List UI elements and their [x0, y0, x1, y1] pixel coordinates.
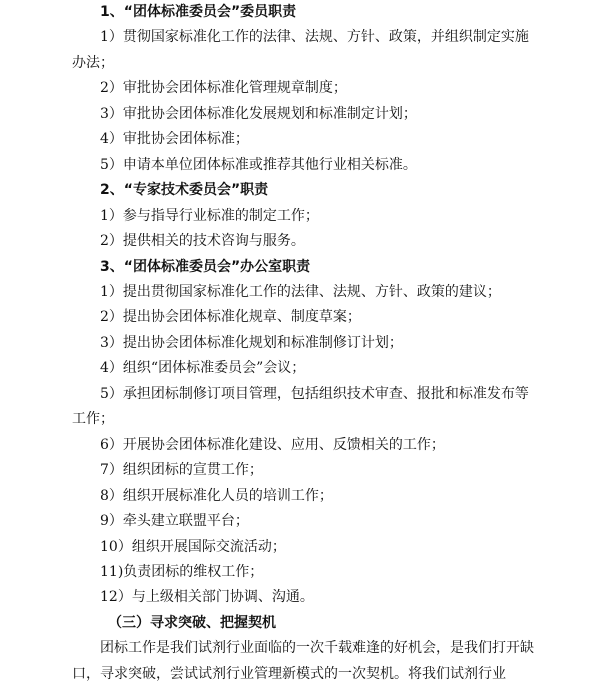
list-item: 1）参与指导行业标准的制定工作；	[72, 204, 534, 229]
list-item: 10）组织开展国际交流活动；	[72, 535, 534, 560]
list-item: 5）申请本单位团体标准或推荐其他行业相关标准。	[72, 153, 534, 178]
list-item: 8）组织开展标准化人员的培训工作；	[72, 484, 534, 509]
list-item: 1）贯彻国家标准化工作的法律、法规、方针、政策，并组织制定实施办法；	[72, 25, 534, 76]
list-item: 11)负责团标的维权工作；	[72, 560, 534, 585]
list-item: 3）审批协会团体标准化发展规划和标准制定计划；	[72, 102, 534, 127]
section-heading-expert-committee-duties: 2、“专家技术委员会”职责	[72, 178, 534, 203]
body-paragraph: 团标工作是我们试剂行业面临的一次千载难逢的好机会，是我们打开缺口，寻求突破，尝试…	[72, 636, 534, 687]
list-item: 4）审批协会团体标准；	[72, 127, 534, 152]
list-item: 7）组织团标的宣贯工作；	[72, 458, 534, 483]
subsection-heading-seek-breakthrough: （三）寻求突破、把握契机	[72, 611, 534, 636]
list-item: 12）与上级相关部门协调、沟通。	[72, 585, 534, 610]
list-item: 2）审批协会团体标准化管理规章制度；	[72, 76, 534, 101]
list-item: 5）承担团标制修订项目管理，包括组织技术审查、报批和标准发布等工作；	[72, 382, 534, 433]
list-item: 3）提出协会团体标准化规划和标准制修订计划；	[72, 331, 534, 356]
list-item: 2）提出协会团体标准化规章、制度草案；	[72, 305, 534, 330]
section-heading-office-duties: 3、“团体标准委员会”办公室职责	[72, 255, 534, 280]
list-item: 9）牵头建立联盟平台；	[72, 509, 534, 534]
document-page: 1、“团体标准委员会”委员职责 1）贯彻国家标准化工作的法律、法规、方针、政策，…	[72, 0, 534, 687]
list-item: 2）提供相关的技术咨询与服务。	[72, 229, 534, 254]
list-item: 1）提出贯彻国家标准化工作的法律、法规、方针、政策的建议；	[72, 280, 534, 305]
section-heading-committee-member-duties: 1、“团体标准委员会”委员职责	[72, 0, 534, 25]
list-item: 6）开展协会团体标准化建设、应用、反馈相关的工作；	[72, 433, 534, 458]
list-item: 4）组织“团体标准委员会”会议；	[72, 356, 534, 381]
